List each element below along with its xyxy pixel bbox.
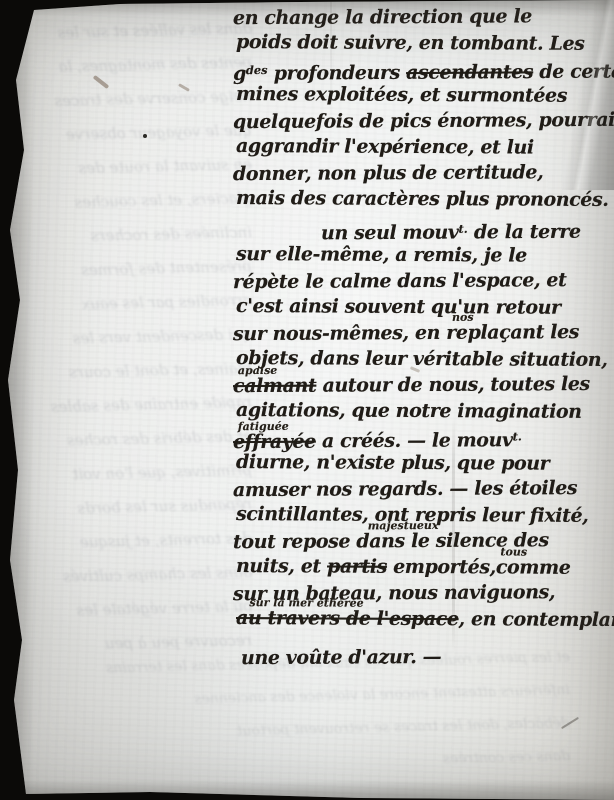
paper-sheet: dans les vallées et sur lespentes des mo… [0,0,614,800]
photo-vignette [0,0,614,800]
manuscript-photo: dans les vallées et sur lespentes des mo… [0,0,614,800]
